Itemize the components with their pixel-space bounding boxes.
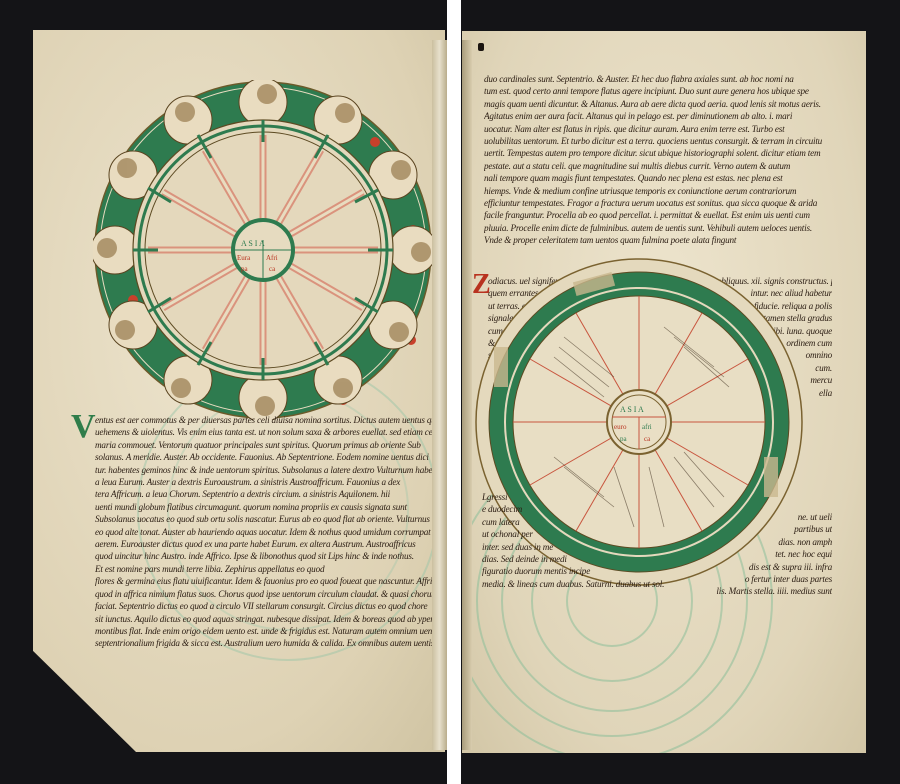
svg-text:pa: pa	[620, 435, 628, 443]
left-page: A S I A Eura Afri pa ca V entus est aer …	[33, 30, 445, 752]
svg-text:pa: pa	[241, 265, 249, 273]
right-bottom-right-text: ne. ut ueli partibus ut dias. non amph t…	[682, 511, 832, 598]
decorated-initial-v: V	[71, 408, 96, 446]
svg-text:Afri: Afri	[266, 254, 278, 262]
svg-text:ca: ca	[269, 265, 276, 273]
center-asia-right: A S I A	[620, 405, 644, 414]
svg-text:euro: euro	[614, 423, 627, 431]
svg-text:ca: ca	[644, 435, 651, 443]
spread-gap	[447, 0, 461, 784]
svg-text:Eura: Eura	[237, 254, 251, 262]
right-bottom-left-text: Lgressi e duodecim cum latera ut ochonal…	[482, 491, 682, 590]
right-gutter	[462, 40, 472, 750]
svg-text:afri: afri	[642, 423, 652, 431]
right-page: duo cardinales sunt. Septentrio. & Auste…	[462, 31, 866, 753]
left-gutter	[432, 40, 447, 750]
left-page-text: entus est aer commotus & per diuersas pa…	[95, 414, 435, 650]
wind-diagram: A S I A Eura Afri pa ca	[93, 80, 433, 420]
center-asia: A S I A	[241, 239, 265, 248]
